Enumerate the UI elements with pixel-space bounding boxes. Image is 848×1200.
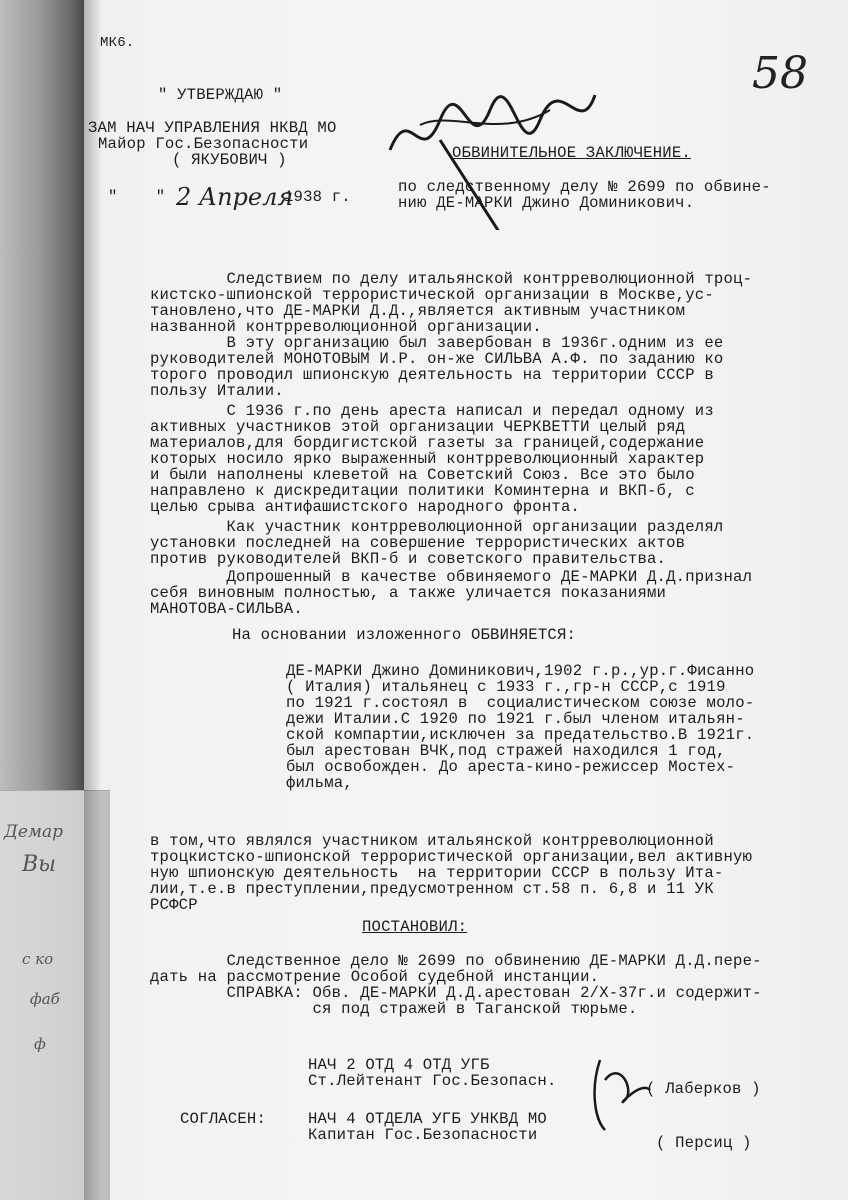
archive-mark: МК6.: [100, 36, 134, 51]
accused-line: ( Италия) итальянец с 1933 г.,гр-н СССР,…: [286, 680, 726, 695]
body-line: которых носило ярко выраженный контррево…: [150, 452, 704, 467]
signer-2-rank: Капитан Гос.Безопасности: [308, 1128, 537, 1143]
margin-note: Демар: [4, 822, 63, 842]
body-line: активных участников этой организации ЧЕР…: [150, 420, 685, 435]
approval-line-2: Майор Гос.Безопасности: [98, 137, 308, 152]
body-line: установки последней на совершение террор…: [150, 536, 685, 551]
resolution-line: Следственное дело № 2699 по обвинению ДЕ…: [150, 954, 762, 969]
resolution-heading: ПОСТАНОВИЛ:: [362, 920, 467, 935]
body-line: названной контрреволюционной организации…: [150, 320, 542, 335]
body-line: против руководителей ВКП-б и советского …: [150, 552, 666, 567]
resolution-line: дать на рассмотрение Особой судебной инс…: [150, 970, 599, 985]
body-line: руководителей МОНОТОВЫМ И.Р. он-же СИЛЬВ…: [150, 352, 723, 367]
accused-line: ской компартии,исключен за предательство…: [286, 728, 754, 743]
signer-2-name: ( Персиц ): [656, 1136, 752, 1151]
fold-shadow: [84, 0, 102, 1200]
signer-2-position: НАЧ 4 ОТДЕЛА УГБ УНКВД МО: [308, 1112, 547, 1127]
signer-1-rank: Ст.Лейтенант Гос.Безопасн.: [308, 1074, 557, 1089]
approval-line-3: ( ЯКУБОВИЧ ): [172, 153, 287, 168]
signer-1-name: ( Лаберков ): [646, 1082, 761, 1097]
body-line: МАНОТОВА-СИЛЬВА.: [150, 602, 303, 617]
document-title: ОБВИНИТЕЛЬНОЕ ЗАКЛЮЧЕНИЕ.: [452, 146, 691, 161]
approval-line-1: ЗАМ НАЧ УПРАВЛЕНИЯ НКВД МО: [88, 121, 337, 136]
body-line: торого проводил шпионскую деятельность н…: [150, 368, 714, 383]
charge-line: РСФСР: [150, 898, 198, 913]
page-number: 58: [752, 48, 808, 99]
body-line: и были наполнены клеветой на Советский С…: [150, 468, 695, 483]
approval-date-year: 1938 г.: [284, 190, 351, 205]
accused-line: по 1921 г.состоял в социалистическом сою…: [286, 696, 754, 711]
body-line: Допрошенный в качестве обвиняемого ДЕ-МА…: [150, 570, 752, 585]
title-line-2: нию ДЕ-МАРКИ Джино Доминикович.: [398, 196, 694, 211]
signer-1-position: НАЧ 2 ОТД 4 ОТД УГБ: [308, 1058, 490, 1073]
signer-1-signature: [580, 1050, 660, 1140]
body-line: тановлено,что ДЕ-МАРКИ Д.Д.,является акт…: [150, 304, 685, 319]
document-page: Демар Вы с ко фаб ф МК6. 58 " УТВЕРЖДАЮ …: [0, 0, 848, 1200]
accused-line: дежи Италии.С 1920 по 1921 г.был членом …: [286, 712, 745, 727]
accused-line: фильма,: [286, 776, 353, 791]
accused-line: был арестован ВЧК,под стражей находился …: [286, 744, 726, 759]
body-line: кистско-шпионской террористической орган…: [150, 288, 714, 303]
margin-note: Вы: [22, 852, 56, 877]
approval-heading: " УТВЕРЖДАЮ ": [158, 88, 282, 103]
title-line-1: по следственному делу № 2699 по обвине-: [398, 180, 771, 195]
charge-line: ную шпионскую деятельность на территории…: [150, 866, 723, 881]
body-line: Следствием по делу итальянской контррево…: [150, 272, 752, 287]
accusation-intro: На основании изложенного ОБВИНЯЕТСЯ:: [232, 628, 576, 643]
charge-line: лии,т.е.в преступлении,предусмотренном с…: [150, 882, 714, 897]
body-line: Как участник контрреволюционной организа…: [150, 520, 723, 535]
resolution-line: СПРАВКА: Обв. ДЕ-МАРКИ Д.Д.арестован 2/X…: [150, 986, 762, 1001]
charge-line: троцкистско-шпионской террористической о…: [150, 850, 752, 865]
resolution-line: ся под стражей в Таганской тюрьме.: [150, 1002, 637, 1017]
approval-date-prefix: " ": [108, 190, 165, 205]
margin-note: фаб: [30, 990, 60, 1008]
body-line: себя виновным полностью, а также уличает…: [150, 586, 666, 601]
body-line: С 1936 г.по день ареста написал и переда…: [150, 404, 714, 419]
approval-date-handwritten: 2 Апреля: [176, 183, 293, 211]
accused-line: был освобожден. До ареста-кино-режиссер …: [286, 760, 735, 775]
body-line: направлено к дискредитации политики Коми…: [150, 484, 695, 499]
margin-note: ф: [34, 1035, 46, 1053]
margin-note: с ко: [22, 950, 53, 968]
body-line: В эту организацию был завербован в 1936г…: [150, 336, 723, 351]
body-line: целью срыва антифашистского народного фр…: [150, 500, 580, 515]
accused-line: ДЕ-МАРКИ Джино Доминикович,1902 г.р.,ур.…: [286, 664, 754, 679]
charge-line: в том,что являлся участником итальянской…: [150, 834, 714, 849]
body-line: материалов,для бордигистской газеты за г…: [150, 436, 704, 451]
body-line: пользу Италии.: [150, 384, 284, 399]
agreed-label: СОГЛАСЕН:: [180, 1112, 266, 1127]
